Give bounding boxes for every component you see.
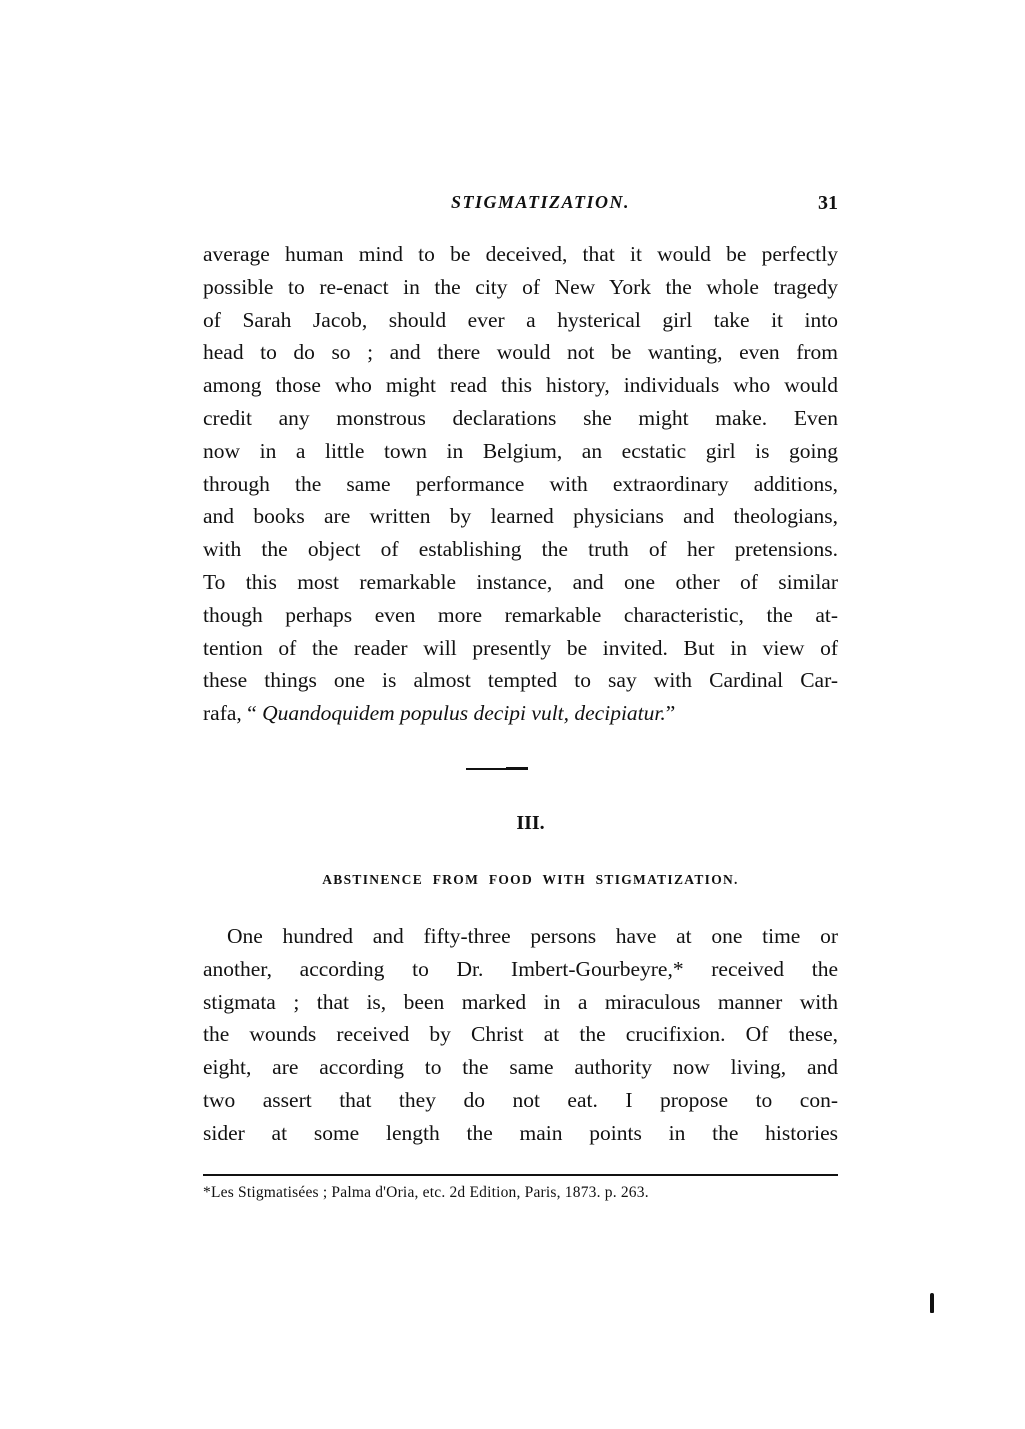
- text-line: now in a little town in Belgium, an ecst…: [203, 435, 838, 468]
- text-line: among those who might read this history,…: [203, 369, 838, 402]
- running-head: STIGMATIZATION. 31: [203, 192, 838, 222]
- text-line: head to do so ; and there would not be w…: [203, 336, 838, 369]
- text-line: stigmata ; that is, been marked in a mir…: [203, 986, 838, 1019]
- paragraph: One hundred and fifty-three persons have…: [203, 920, 838, 1150]
- section-number: III.: [0, 812, 1025, 835]
- text-line: with the object of establishing the trut…: [203, 533, 838, 566]
- text-line: tention of the reader will presently be …: [203, 632, 838, 665]
- text-line: through the same performance with extrao…: [203, 468, 838, 501]
- text-line: possible to re-enact in the city of New …: [203, 271, 838, 304]
- text-line: To this most remarkable instance, and on…: [203, 566, 838, 599]
- quote-suffix: ”: [666, 701, 676, 725]
- text-line: average human mind to be deceived, that …: [203, 238, 838, 271]
- text-line: though perhaps even more remarkable char…: [203, 599, 838, 632]
- text-line: of Sarah Jacob, should ever a hysterical…: [203, 304, 838, 337]
- section-title: ABSTINENCE FROM FOOD WITH STIGMATIZATION…: [0, 872, 1025, 888]
- text-line: these things one is almost tempted to sa…: [203, 664, 838, 697]
- document-page: STIGMATIZATION. 31 average human mind to…: [0, 0, 1025, 1429]
- footnote-divider: [203, 1174, 838, 1176]
- text-line: credit any monstrous declarations she mi…: [203, 402, 838, 435]
- text-line: and books are written by learned physici…: [203, 500, 838, 533]
- text-line-quote: rafa, “ Quandoquidem populus decipi vult…: [203, 697, 838, 730]
- text-line: sider at some length the main points in …: [203, 1117, 838, 1150]
- text-line: the wounds received by Christ at the cru…: [203, 1018, 838, 1051]
- page-number: 31: [818, 192, 838, 215]
- paragraph-continued: average human mind to be deceived, that …: [203, 238, 838, 730]
- scan-artifact-mark: [930, 1293, 934, 1313]
- text-line: One hundred and fifty-three persons have…: [203, 920, 838, 953]
- running-title: STIGMATIZATION.: [203, 192, 838, 213]
- text-line: eight, are according to the same authori…: [203, 1051, 838, 1084]
- text-line: two assert that they do not eat. I propo…: [203, 1084, 838, 1117]
- text-line: another, according to Dr. Imbert-Gourbey…: [203, 953, 838, 986]
- latin-quote: Quandoquidem populus decipi vult, decipi…: [262, 701, 666, 725]
- quote-prefix: rafa, “: [203, 701, 262, 725]
- footnote: *Les Stigmatisées ; Palma d'Oria, etc. 2…: [203, 1184, 838, 1202]
- section-divider: [466, 768, 528, 770]
